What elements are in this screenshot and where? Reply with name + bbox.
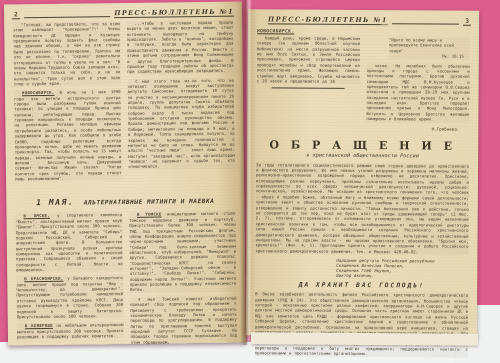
author-signature: Н.Гребнева. (366, 126, 469, 132)
paragraph-quote: "Господа, вы представляете, что за всем … (13, 21, 120, 87)
left-page-bottom-section: В ОМСКЕ, у спортивного комплекса "Юность… (6, 211, 246, 351)
header-rule (24, 16, 111, 18)
headline-prefix: 1 МАЯ. (36, 198, 74, 207)
blessing-heading: ДА ХРАНИТ ВАС ГОСПОДЬ! (246, 281, 477, 290)
scanned-bulletin-spread: { "background": { "surface_color": "#dc5… (0, 0, 500, 363)
column: В ОМСКЕ, у спортивного комплекса "Юность… (15, 212, 123, 350)
paragraph-krasnoyarsk: В КРАСНОЯРСКЕ, у Большого концертного за… (16, 275, 123, 319)
right-page: ПРЕСС-БЮЛЛЕТЕНЬ №1 3 НОВОСИБИРСК. Каждый… (246, 9, 479, 337)
right-page-header: ПРЕСС-БЮЛЛЕТЕНЬ №1 3 (248, 9, 479, 29)
epigraph-reference: Мк. 16:15 (389, 53, 470, 59)
omsk-rhdd-body: В Омске возобновил деятельность филиал Р… (255, 291, 468, 357)
address-title: О Б Р А Щ Е Н И Е (247, 138, 478, 153)
paragraph-kemerovo: В КЕМЕРОВЕ на небольшом альтернативном м… (17, 322, 124, 339)
signature-line: Виктор Аксючиц. (336, 273, 463, 279)
column: В ТОМСКЕ инициаторами митинга стали Томс… (129, 211, 237, 349)
masthead-title: ПРЕСС-БЮЛЛЕТЕНЬ №1 (114, 8, 234, 18)
paragraph: часов. На молебнах были объявлены приход… (366, 63, 469, 123)
address-subtitle: к христианской общественности России (247, 152, 478, 160)
paragraph: С мая этого года из-за того, что не зати… (127, 77, 235, 169)
spread-gutter-shadow (240, 0, 252, 345)
right-page-number: 3 (463, 18, 471, 26)
may-day-headline: 1 МАЯ. АЛЬТЕРНАТИВНЫЕ МИТИНГИ И МАЕВКА (10, 188, 240, 210)
column: ...чтобы в настоящем параде прошли ворот… (127, 20, 235, 185)
paragraph: 4 мая Томский комитет избирателей провод… (130, 295, 237, 345)
address-body: За годы тоталитарного социалистического … (255, 162, 469, 255)
signature-block: Народные депутаты Российской республики … (336, 258, 463, 279)
column: "Господа, вы представляете, что за всем … (13, 21, 121, 186)
paragraph-chapel: Каждый день, кроме среды, в Нарымском ск… (257, 35, 360, 84)
left-page-top-section: "Господа, вы представляете, что за всем … (4, 20, 244, 186)
section-end-rule (272, 88, 344, 90)
under-page-edge (251, 332, 478, 346)
paragraph: ...чтобы в настоящем параде прошли ворот… (127, 20, 234, 75)
header-rule (392, 23, 460, 24)
column: "Идите по всему миру и проповедуйте Еван… (366, 36, 470, 131)
left-page-number: 2 (12, 11, 20, 19)
gospel-epigraph: "Идите по всему миру и проповедуйте Еван… (389, 37, 470, 59)
headline-rest: АЛЬТЕРНАТИВНЫЕ МИТИНГИ И МАЕВКА (84, 198, 215, 207)
paragraph-tomsk: В ТОМСКЕ инициаторами митинга стали Томс… (129, 211, 236, 293)
paragraph-omsk: В ОМСКЕ, у спортивного комплекса "Юность… (15, 212, 122, 272)
column: Каждый день, кроме среды, в Нарымском ск… (256, 35, 360, 130)
masthead-title: ПРЕСС-БЮЛЛЕТЕНЬ №1 (268, 15, 388, 25)
left-page: 2 ПРЕСС-БЮЛЛЕТЕНЬ №1 "Господа, вы предст… (4, 2, 246, 346)
right-page-news-section: Каждый день, кроме среды, в Нарымском ск… (247, 35, 479, 131)
paragraph-novosibirsk: НОВОСИБИРСК. В ночь на 1 мая 1990 года в… (14, 89, 122, 181)
